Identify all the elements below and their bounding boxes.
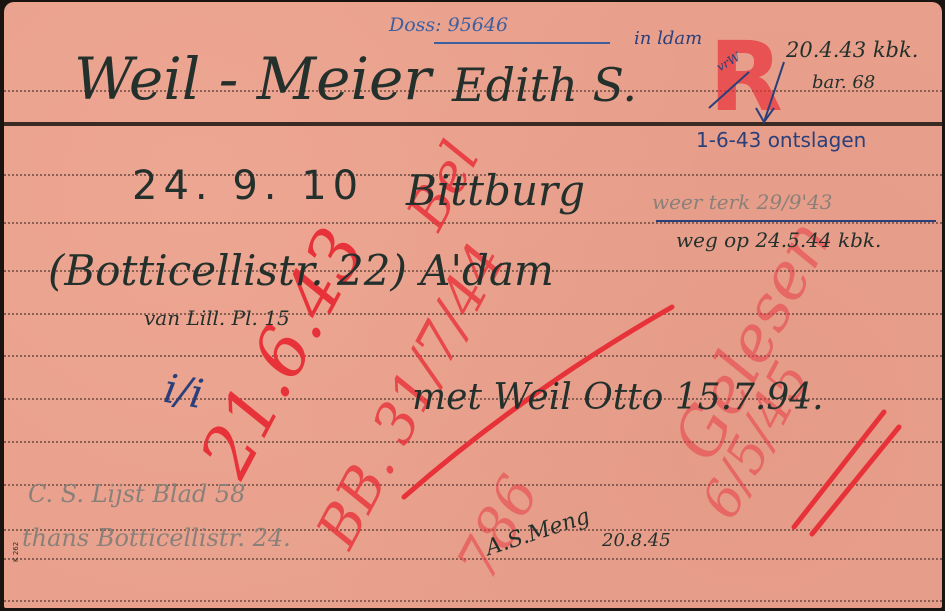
given-name: Edith S. <box>452 62 637 108</box>
birth-date: 24. 9. 10 <box>132 166 364 206</box>
blue-mark: i/i <box>161 369 206 415</box>
gone-note: weer terk 29/9'43 <box>652 192 832 212</box>
lower-left-line1: C. S. Lijst Blad 58 <box>28 482 245 506</box>
ruled-line <box>4 600 942 602</box>
dossier-underline <box>434 42 610 44</box>
arrow-initials: vrW <box>715 51 743 74</box>
surname: Weil - Meier <box>74 50 431 108</box>
stamp-r: R <box>709 21 783 133</box>
departure-note: weg op 24.5.44 kbk. <box>676 230 881 250</box>
registration-ref: bar. 68 <box>812 74 875 92</box>
married-note: met Weil Otto 15.7.94. <box>412 380 824 416</box>
signature-date: 20.8.45 <box>602 532 671 550</box>
gone-note-underline <box>656 220 936 222</box>
header-divider <box>4 122 942 126</box>
ruled-line <box>4 355 942 357</box>
form-code: K 262 <box>12 542 20 562</box>
address: (Botticellistr. 22) A'dam <box>48 250 554 292</box>
lower-left-line2: thans Botticellistr. 24. <box>22 526 291 550</box>
birth-place: Bittburg <box>406 170 585 212</box>
address-prior: van Lill. Pl. 15 <box>144 308 290 328</box>
ruled-line <box>4 441 942 443</box>
registration-date: 20.4.43 kbk. <box>786 40 918 61</box>
arrival-note: in ldam <box>634 30 702 48</box>
removal-note: 1-6-43 ontslagen <box>696 130 866 150</box>
registration-card: R 21.6.43 Bel BB. 31/7/44 Gelesen 786 6/… <box>4 2 942 608</box>
dossier-number: Doss: 95646 <box>389 16 508 35</box>
